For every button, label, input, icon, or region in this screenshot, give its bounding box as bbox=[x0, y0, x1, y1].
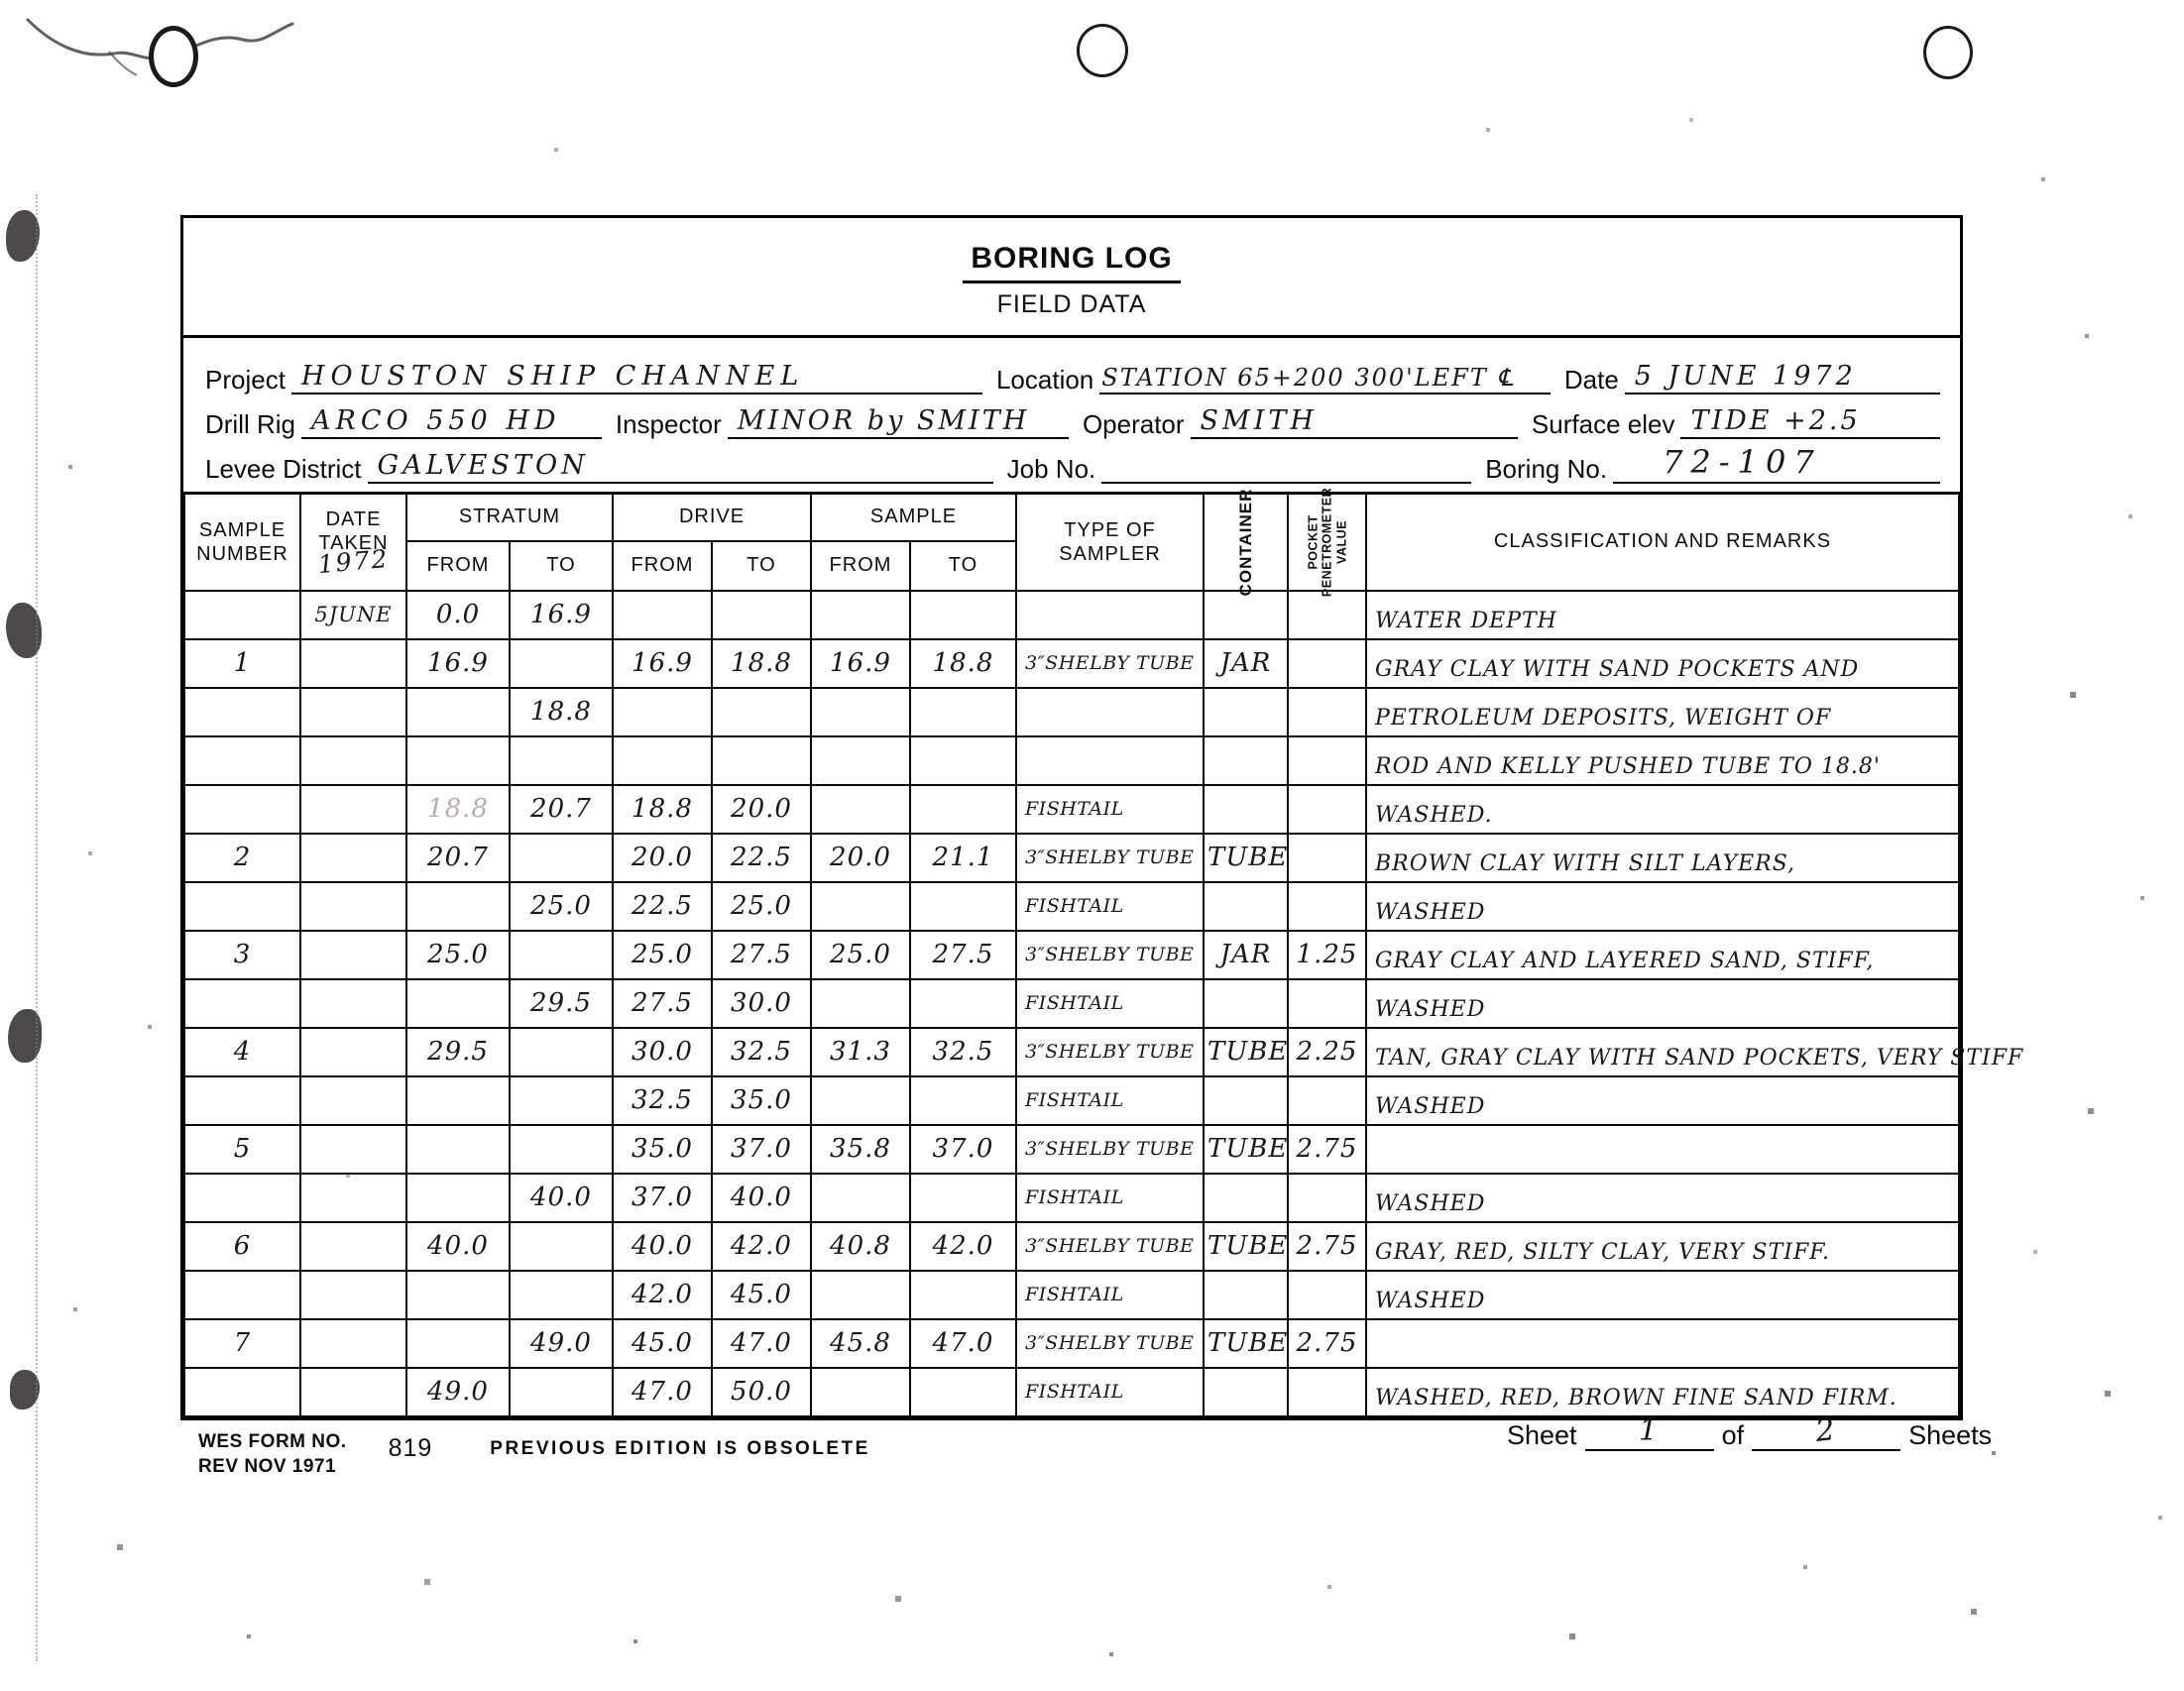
form-number-block: WES FORM NO. REV NOV 1971 bbox=[198, 1430, 347, 1479]
cell-d_from bbox=[613, 688, 712, 736]
cell-s_to bbox=[510, 931, 613, 979]
info-row-3: Levee District GALVESTON Job No. Boring … bbox=[205, 439, 1940, 484]
cell-date bbox=[300, 785, 406, 834]
drill-rig-label: Drill Rig bbox=[205, 410, 301, 439]
cell-pp: 2.75 bbox=[1288, 1125, 1366, 1174]
cell-sm_to: 47.0 bbox=[910, 1319, 1016, 1368]
cell-s_to bbox=[510, 639, 613, 688]
cell-d_to bbox=[712, 688, 811, 736]
cell-remarks: BROWN CLAY WITH SILT LAYERS, bbox=[1366, 834, 1959, 882]
cell-d_from: 18.8 bbox=[613, 785, 712, 834]
table-row: 42.045.0FISHTAILWASHED bbox=[184, 1271, 1959, 1319]
cell-d_to: 22.5 bbox=[712, 834, 811, 882]
cell-pp bbox=[1288, 834, 1366, 882]
cell-d_to: 32.5 bbox=[712, 1028, 811, 1076]
job-no-field bbox=[1101, 442, 1471, 484]
location-label: Location bbox=[996, 366, 1099, 395]
cell-remarks: PETROLEUM DEPOSITS, WEIGHT OF bbox=[1366, 688, 1959, 736]
cell-s_from bbox=[406, 688, 510, 736]
cell-date bbox=[300, 931, 406, 979]
scan-noise bbox=[0, 0, 2, 2]
cell-sm_to bbox=[910, 1271, 1016, 1319]
cell-sample bbox=[184, 1174, 300, 1222]
cell-sampler: 3″SHELBY TUBE bbox=[1016, 1222, 1204, 1271]
cell-s_to: 25.0 bbox=[510, 882, 613, 931]
cell-sampler bbox=[1016, 591, 1204, 639]
cell-date bbox=[300, 1271, 406, 1319]
cell-d_from: 47.0 bbox=[613, 1368, 712, 1416]
cell-container: TUBE bbox=[1204, 834, 1288, 882]
obsolete-note: PREVIOUS EDITION IS OBSOLETE bbox=[490, 1438, 870, 1460]
header-pocket-penetrometer-label: POCKET PENETROMETER VALUE bbox=[1306, 478, 1348, 607]
table-row: 49.047.050.0FISHTAILWASHED, RED, BROWN F… bbox=[184, 1368, 1959, 1416]
table-row: 25.022.525.0FISHTAILWASHED bbox=[184, 882, 1959, 931]
cell-sampler: FISHTAIL bbox=[1016, 785, 1204, 834]
cell-container: TUBE bbox=[1204, 1028, 1288, 1076]
cell-s_from: 16.9 bbox=[406, 639, 510, 688]
date-label: Date bbox=[1564, 366, 1625, 395]
boring-no-label: Boring No. bbox=[1485, 455, 1613, 484]
sheets-label: Sheets bbox=[1908, 1420, 1992, 1451]
cell-pp bbox=[1288, 785, 1366, 834]
table-row: 749.045.047.045.847.03″SHELBY TUBETUBE2.… bbox=[184, 1319, 1959, 1368]
cell-date bbox=[300, 1076, 406, 1125]
cell-sm_to bbox=[910, 1368, 1016, 1416]
cell-remarks: WASHED bbox=[1366, 979, 1959, 1028]
cell-date bbox=[300, 979, 406, 1028]
sheet-line: Sheet 1 of 2 Sheets bbox=[1507, 1411, 1992, 1451]
cell-remarks: ROD AND KELLY PUSHED TUBE TO 18.8' bbox=[1366, 736, 1959, 785]
project-field: HOUSTON SHIP CHANNEL bbox=[291, 353, 982, 395]
cell-sm_from: 35.8 bbox=[811, 1125, 910, 1174]
cell-container bbox=[1204, 1174, 1288, 1222]
table-row: 40.037.040.0FISHTAILWASHED bbox=[184, 1174, 1959, 1222]
cell-sm_to: 27.5 bbox=[910, 931, 1016, 979]
table-row: 325.025.027.525.027.53″SHELBY TUBEJAR1.2… bbox=[184, 931, 1959, 979]
cell-d_from: 45.0 bbox=[613, 1319, 712, 1368]
form-title: BORING LOG bbox=[963, 242, 1180, 283]
cell-d_to: 40.0 bbox=[712, 1174, 811, 1222]
cell-sample bbox=[184, 1271, 300, 1319]
cell-d_to: 18.8 bbox=[712, 639, 811, 688]
cell-s_from bbox=[406, 1076, 510, 1125]
table-row: 220.720.022.520.021.13″SHELBY TUBETUBEBR… bbox=[184, 834, 1959, 882]
cell-sample: 4 bbox=[184, 1028, 300, 1076]
cell-date bbox=[300, 736, 406, 785]
cell-sample bbox=[184, 591, 300, 639]
cell-sampler: FISHTAIL bbox=[1016, 979, 1204, 1028]
cell-s_from: 20.7 bbox=[406, 834, 510, 882]
header-stratum-from: FROM bbox=[406, 541, 510, 591]
inspector-label: Inspector bbox=[616, 410, 728, 439]
sheet-number-value: 1 bbox=[1585, 1413, 1714, 1448]
table-row: 5JUNE0.016.9WATER DEPTH bbox=[184, 591, 1959, 639]
header-sample-from: FROM bbox=[811, 541, 910, 591]
cell-sample bbox=[184, 736, 300, 785]
levee-district-label: Levee District bbox=[205, 455, 368, 484]
cell-sampler: 3″SHELBY TUBE bbox=[1016, 931, 1204, 979]
cell-sm_from bbox=[811, 785, 910, 834]
cell-sm_from bbox=[811, 1076, 910, 1125]
cell-s_to bbox=[510, 1076, 613, 1125]
cell-date bbox=[300, 834, 406, 882]
cell-sm_from: 40.8 bbox=[811, 1222, 910, 1271]
sheet-label: Sheet bbox=[1507, 1420, 1577, 1451]
cell-sm_from bbox=[811, 591, 910, 639]
cell-sample: 5 bbox=[184, 1125, 300, 1174]
operator-label: Operator bbox=[1083, 410, 1191, 439]
cell-pp bbox=[1288, 1271, 1366, 1319]
cell-sm_to bbox=[910, 591, 1016, 639]
cell-d_from: 37.0 bbox=[613, 1174, 712, 1222]
cell-d_to bbox=[712, 736, 811, 785]
hole-punch-left bbox=[149, 26, 198, 87]
cell-sampler: FISHTAIL bbox=[1016, 1271, 1204, 1319]
cell-sampler: FISHTAIL bbox=[1016, 882, 1204, 931]
cell-pp bbox=[1288, 688, 1366, 736]
table-row: 29.527.530.0FISHTAILWASHED bbox=[184, 979, 1959, 1028]
cell-d_to: 27.5 bbox=[712, 931, 811, 979]
cell-d_from: 27.5 bbox=[613, 979, 712, 1028]
cell-pp bbox=[1288, 1174, 1366, 1222]
cell-s_from: 25.0 bbox=[406, 931, 510, 979]
cell-sample: 1 bbox=[184, 639, 300, 688]
cell-remarks: GRAY, RED, SILTY CLAY, VERY STIFF. bbox=[1366, 1222, 1959, 1271]
cell-d_to: 45.0 bbox=[712, 1271, 811, 1319]
surface-elev-value: TIDE +2.5 bbox=[1690, 405, 1860, 436]
cell-s_to: 49.0 bbox=[510, 1319, 613, 1368]
header-sample-number: SAMPLE NUMBER bbox=[184, 494, 300, 591]
cell-d_to: 35.0 bbox=[712, 1076, 811, 1125]
cell-d_to: 37.0 bbox=[712, 1125, 811, 1174]
cell-pp: 1.25 bbox=[1288, 931, 1366, 979]
cell-s_from: 29.5 bbox=[406, 1028, 510, 1076]
cell-d_from: 42.0 bbox=[613, 1271, 712, 1319]
cell-s_to bbox=[510, 1368, 613, 1416]
cell-d_to: 20.0 bbox=[712, 785, 811, 834]
sheet-number-field: 1 bbox=[1585, 1411, 1714, 1451]
cell-sm_to: 37.0 bbox=[910, 1125, 1016, 1174]
table-row: ROD AND KELLY PUSHED TUBE TO 18.8' bbox=[184, 736, 1959, 785]
cell-pp: 2.75 bbox=[1288, 1319, 1366, 1368]
cell-sm_from: 16.9 bbox=[811, 639, 910, 688]
sheet-total-field: 2 bbox=[1752, 1411, 1900, 1451]
cell-d_from: 40.0 bbox=[613, 1222, 712, 1271]
cell-date bbox=[300, 1368, 406, 1416]
cell-sm_to bbox=[910, 688, 1016, 736]
form-number: 819 bbox=[389, 1434, 433, 1463]
cell-s_to bbox=[510, 1222, 613, 1271]
cell-d_from bbox=[613, 736, 712, 785]
cell-d_from: 22.5 bbox=[613, 882, 712, 931]
cell-s_to bbox=[510, 1125, 613, 1174]
cell-pp bbox=[1288, 1368, 1366, 1416]
header-date-taken-year: 1972 bbox=[301, 543, 405, 581]
cell-sampler: 3″SHELBY TUBE bbox=[1016, 1125, 1204, 1174]
cell-sample bbox=[184, 979, 300, 1028]
cell-s_from bbox=[406, 1271, 510, 1319]
cell-sampler: 3″SHELBY TUBE bbox=[1016, 1028, 1204, 1076]
info-row-1: Project HOUSTON SHIP CHANNEL Location ST… bbox=[205, 350, 1940, 395]
cell-sm_to: 18.8 bbox=[910, 639, 1016, 688]
cell-container bbox=[1204, 785, 1288, 834]
cell-d_from bbox=[613, 591, 712, 639]
cell-container bbox=[1204, 688, 1288, 736]
cell-d_from: 35.0 bbox=[613, 1125, 712, 1174]
cell-s_from: 40.0 bbox=[406, 1222, 510, 1271]
cell-sm_to: 42.0 bbox=[910, 1222, 1016, 1271]
cell-sm_from bbox=[811, 688, 910, 736]
header-drive-from: FROM bbox=[613, 541, 712, 591]
cell-pp bbox=[1288, 639, 1366, 688]
cell-container bbox=[1204, 1076, 1288, 1125]
cell-container: TUBE bbox=[1204, 1125, 1288, 1174]
table-row: 32.535.0FISHTAILWASHED bbox=[184, 1076, 1959, 1125]
cell-remarks bbox=[1366, 1319, 1959, 1368]
cell-container: JAR bbox=[1204, 639, 1288, 688]
cell-sm_to bbox=[910, 979, 1016, 1028]
cell-sm_from bbox=[811, 736, 910, 785]
cell-pp: 2.75 bbox=[1288, 1222, 1366, 1271]
header-drive: DRIVE bbox=[613, 494, 811, 541]
cell-sampler: 3″SHELBY TUBE bbox=[1016, 1319, 1204, 1368]
inspector-value: MINOR by SMITH bbox=[738, 405, 1029, 436]
cell-date bbox=[300, 688, 406, 736]
of-label: of bbox=[1722, 1420, 1745, 1451]
cell-s_from: 49.0 bbox=[406, 1368, 510, 1416]
levee-district-value: GALVESTON bbox=[378, 450, 589, 481]
cell-sm_to bbox=[910, 1174, 1016, 1222]
operator-field: SMITH bbox=[1191, 397, 1518, 439]
cell-d_to: 42.0 bbox=[712, 1222, 811, 1271]
cell-date bbox=[300, 1319, 406, 1368]
cell-sample: 3 bbox=[184, 931, 300, 979]
cell-sm_from: 31.3 bbox=[811, 1028, 910, 1076]
cell-s_from bbox=[406, 1174, 510, 1222]
cell-sample: 6 bbox=[184, 1222, 300, 1271]
header-container: CONTAINER bbox=[1204, 494, 1288, 591]
date-field: 5 JUNE 1972 bbox=[1625, 353, 1940, 395]
cell-container bbox=[1204, 979, 1288, 1028]
cell-sm_from: 20.0 bbox=[811, 834, 910, 882]
cell-d_from: 20.0 bbox=[613, 834, 712, 882]
cell-d_from: 30.0 bbox=[613, 1028, 712, 1076]
cell-pp bbox=[1288, 882, 1366, 931]
header-container-label: CONTAINER bbox=[1236, 468, 1256, 617]
project-value: HOUSTON SHIP CHANNEL bbox=[301, 361, 804, 392]
cell-remarks: GRAY CLAY AND LAYERED SAND, STIFF, bbox=[1366, 931, 1959, 979]
cell-s_to bbox=[510, 1028, 613, 1076]
cell-s_to: 20.7 bbox=[510, 785, 613, 834]
header-sample: SAMPLE bbox=[811, 494, 1016, 541]
cell-d_from: 32.5 bbox=[613, 1076, 712, 1125]
cell-container bbox=[1204, 1271, 1288, 1319]
cell-sm_from: 45.8 bbox=[811, 1319, 910, 1368]
cell-sm_to: 32.5 bbox=[910, 1028, 1016, 1076]
cell-date: 5JUNE bbox=[300, 591, 406, 639]
header-date-taken: DATE TAKEN 1972 bbox=[300, 494, 406, 591]
cell-sm_to bbox=[910, 785, 1016, 834]
cell-sample bbox=[184, 1368, 300, 1416]
info-section: Project HOUSTON SHIP CHANNEL Location ST… bbox=[183, 338, 1960, 492]
boring-log-form: BORING LOG FIELD DATA Project HOUSTON SH… bbox=[180, 215, 1963, 1420]
cell-sm_from bbox=[811, 1271, 910, 1319]
cell-s_to bbox=[510, 736, 613, 785]
boring-no-value: 72-107 bbox=[1663, 443, 1822, 481]
cell-date bbox=[300, 882, 406, 931]
cell-remarks bbox=[1366, 1125, 1959, 1174]
cell-remarks: WASHED. bbox=[1366, 785, 1959, 834]
form-subtitle: FIELD DATA bbox=[183, 290, 1960, 319]
table-row: 18.820.718.820.0FISHTAILWASHED. bbox=[184, 785, 1959, 834]
cell-d_to: 30.0 bbox=[712, 979, 811, 1028]
cell-s_to: 18.8 bbox=[510, 688, 613, 736]
cell-sample: 7 bbox=[184, 1319, 300, 1368]
form-footer: WES FORM NO. REV NOV 1971 819 PREVIOUS E… bbox=[198, 1430, 870, 1479]
cell-remarks: WASHED bbox=[1366, 1271, 1959, 1319]
table-row: 640.040.042.040.842.03″SHELBY TUBETUBE2.… bbox=[184, 1222, 1959, 1271]
cell-date bbox=[300, 1028, 406, 1076]
boring-no-field: 72-107 bbox=[1613, 442, 1940, 484]
drill-rig-value: ARCO 550 HD bbox=[311, 405, 561, 436]
cell-pp bbox=[1288, 979, 1366, 1028]
table-row: 429.530.032.531.332.53″SHELBY TUBETUBE2.… bbox=[184, 1028, 1959, 1076]
cell-container bbox=[1204, 736, 1288, 785]
levee-district-field: GALVESTON bbox=[368, 442, 993, 484]
cell-remarks: WASHED bbox=[1366, 882, 1959, 931]
cell-s_from: 18.8 bbox=[406, 785, 510, 834]
cell-sm_from bbox=[811, 979, 910, 1028]
cell-date bbox=[300, 639, 406, 688]
cell-s_from bbox=[406, 736, 510, 785]
cell-date bbox=[300, 1125, 406, 1174]
header-drive-to: TO bbox=[712, 541, 811, 591]
form-no-line1: WES FORM NO. bbox=[198, 1430, 347, 1455]
cell-d_from: 16.9 bbox=[613, 639, 712, 688]
cell-sampler: 3″SHELBY TUBE bbox=[1016, 834, 1204, 882]
header-classification: CLASSIFICATION AND REMARKS bbox=[1366, 494, 1959, 591]
info-row-2: Drill Rig ARCO 550 HD Inspector MINOR by… bbox=[205, 395, 1940, 439]
hole-punch-right bbox=[1923, 26, 1973, 79]
cell-sampler: 3″SHELBY TUBE bbox=[1016, 639, 1204, 688]
cell-s_to: 29.5 bbox=[510, 979, 613, 1028]
cell-remarks: WATER DEPTH bbox=[1366, 591, 1959, 639]
form-no-line2: REV NOV 1971 bbox=[198, 1455, 347, 1480]
form-header: BORING LOG FIELD DATA bbox=[183, 218, 1960, 338]
cell-sm_to bbox=[910, 1076, 1016, 1125]
cell-sample bbox=[184, 1076, 300, 1125]
scan-smudge bbox=[6, 210, 40, 262]
location-value: STATION 65+200 300'LEFT ℄ bbox=[1101, 364, 1515, 392]
cell-sampler: FISHTAIL bbox=[1016, 1174, 1204, 1222]
header-stratum-to: TO bbox=[510, 541, 613, 591]
cell-sm_from bbox=[811, 882, 910, 931]
location-field: STATION 65+200 300'LEFT ℄ bbox=[1099, 353, 1551, 395]
cell-sample bbox=[184, 785, 300, 834]
cell-s_to bbox=[510, 1271, 613, 1319]
cell-s_to bbox=[510, 834, 613, 882]
cell-pp bbox=[1288, 1076, 1366, 1125]
cell-sampler: FISHTAIL bbox=[1016, 1368, 1204, 1416]
cell-d_to bbox=[712, 591, 811, 639]
cell-remarks: GRAY CLAY WITH SAND POCKETS AND bbox=[1366, 639, 1959, 688]
table-head: SAMPLE NUMBER DATE TAKEN 1972 STRATUM DR… bbox=[184, 494, 1959, 591]
table-row: 116.916.918.816.918.83″SHELBY TUBEJARGRA… bbox=[184, 639, 1959, 688]
cell-d_to: 25.0 bbox=[712, 882, 811, 931]
cell-sample bbox=[184, 688, 300, 736]
header-sample-to: TO bbox=[910, 541, 1016, 591]
cell-pp bbox=[1288, 736, 1366, 785]
job-no-label: Job No. bbox=[1007, 455, 1102, 484]
cell-sampler: FISHTAIL bbox=[1016, 1076, 1204, 1125]
cell-remarks: WASHED bbox=[1366, 1174, 1959, 1222]
scanned-page: { "form": { "title": "BORING LOG", "subt… bbox=[0, 0, 2184, 1691]
table-body: 5JUNE0.016.9WATER DEPTH116.916.918.816.9… bbox=[184, 591, 1959, 1416]
operator-value: SMITH bbox=[1201, 405, 1318, 436]
cell-container: TUBE bbox=[1204, 1319, 1288, 1368]
header-pocket-penetrometer: POCKET PENETROMETER VALUE bbox=[1288, 494, 1366, 591]
table-row: 535.037.035.837.03″SHELBY TUBETUBE2.75 bbox=[184, 1125, 1959, 1174]
cell-date bbox=[300, 1222, 406, 1271]
cell-sample bbox=[184, 882, 300, 931]
cell-s_from bbox=[406, 1125, 510, 1174]
cell-sm_to bbox=[910, 882, 1016, 931]
surface-elev-field: TIDE +2.5 bbox=[1680, 397, 1940, 439]
header-stratum: STRATUM bbox=[406, 494, 613, 541]
cell-d_to: 50.0 bbox=[712, 1368, 811, 1416]
drill-rig-field: ARCO 550 HD bbox=[301, 397, 602, 439]
cell-sm_from bbox=[811, 1174, 910, 1222]
cell-s_to: 16.9 bbox=[510, 591, 613, 639]
cell-d_from: 25.0 bbox=[613, 931, 712, 979]
cell-container: TUBE bbox=[1204, 1222, 1288, 1271]
cell-s_from bbox=[406, 1319, 510, 1368]
cell-sm_from: 25.0 bbox=[811, 931, 910, 979]
cell-s_to: 40.0 bbox=[510, 1174, 613, 1222]
cell-d_to: 47.0 bbox=[712, 1319, 811, 1368]
sheet-total-value: 2 bbox=[1751, 1406, 1902, 1455]
cell-remarks: TAN, GRAY CLAY WITH SAND POCKETS, VERY S… bbox=[1366, 1028, 1959, 1076]
cell-container bbox=[1204, 882, 1288, 931]
project-label: Project bbox=[205, 366, 291, 395]
boring-log-table: SAMPLE NUMBER DATE TAKEN 1972 STRATUM DR… bbox=[183, 492, 1960, 1417]
binder-edge-line bbox=[36, 194, 38, 1661]
cell-sm_from bbox=[811, 1368, 910, 1416]
cell-pp: 2.25 bbox=[1288, 1028, 1366, 1076]
hole-punch-center bbox=[1077, 24, 1128, 77]
table-row: 18.8PETROLEUM DEPOSITS, WEIGHT OF bbox=[184, 688, 1959, 736]
cell-container bbox=[1204, 1368, 1288, 1416]
cell-container: JAR bbox=[1204, 931, 1288, 979]
date-value: 5 JUNE 1972 bbox=[1635, 361, 1857, 392]
cell-sm_to bbox=[910, 736, 1016, 785]
cell-sm_to: 21.1 bbox=[910, 834, 1016, 882]
header-type-of-sampler: TYPE OF SAMPLER bbox=[1016, 494, 1204, 591]
cell-s_from: 0.0 bbox=[406, 591, 510, 639]
cell-sampler bbox=[1016, 688, 1204, 736]
cell-remarks: WASHED bbox=[1366, 1076, 1959, 1125]
cell-s_from bbox=[406, 882, 510, 931]
cell-sample: 2 bbox=[184, 834, 300, 882]
cell-date bbox=[300, 1174, 406, 1222]
surface-elev-label: Surface elev bbox=[1532, 410, 1681, 439]
inspector-field: MINOR by SMITH bbox=[728, 397, 1069, 439]
cell-s_from bbox=[406, 979, 510, 1028]
cell-sampler bbox=[1016, 736, 1204, 785]
